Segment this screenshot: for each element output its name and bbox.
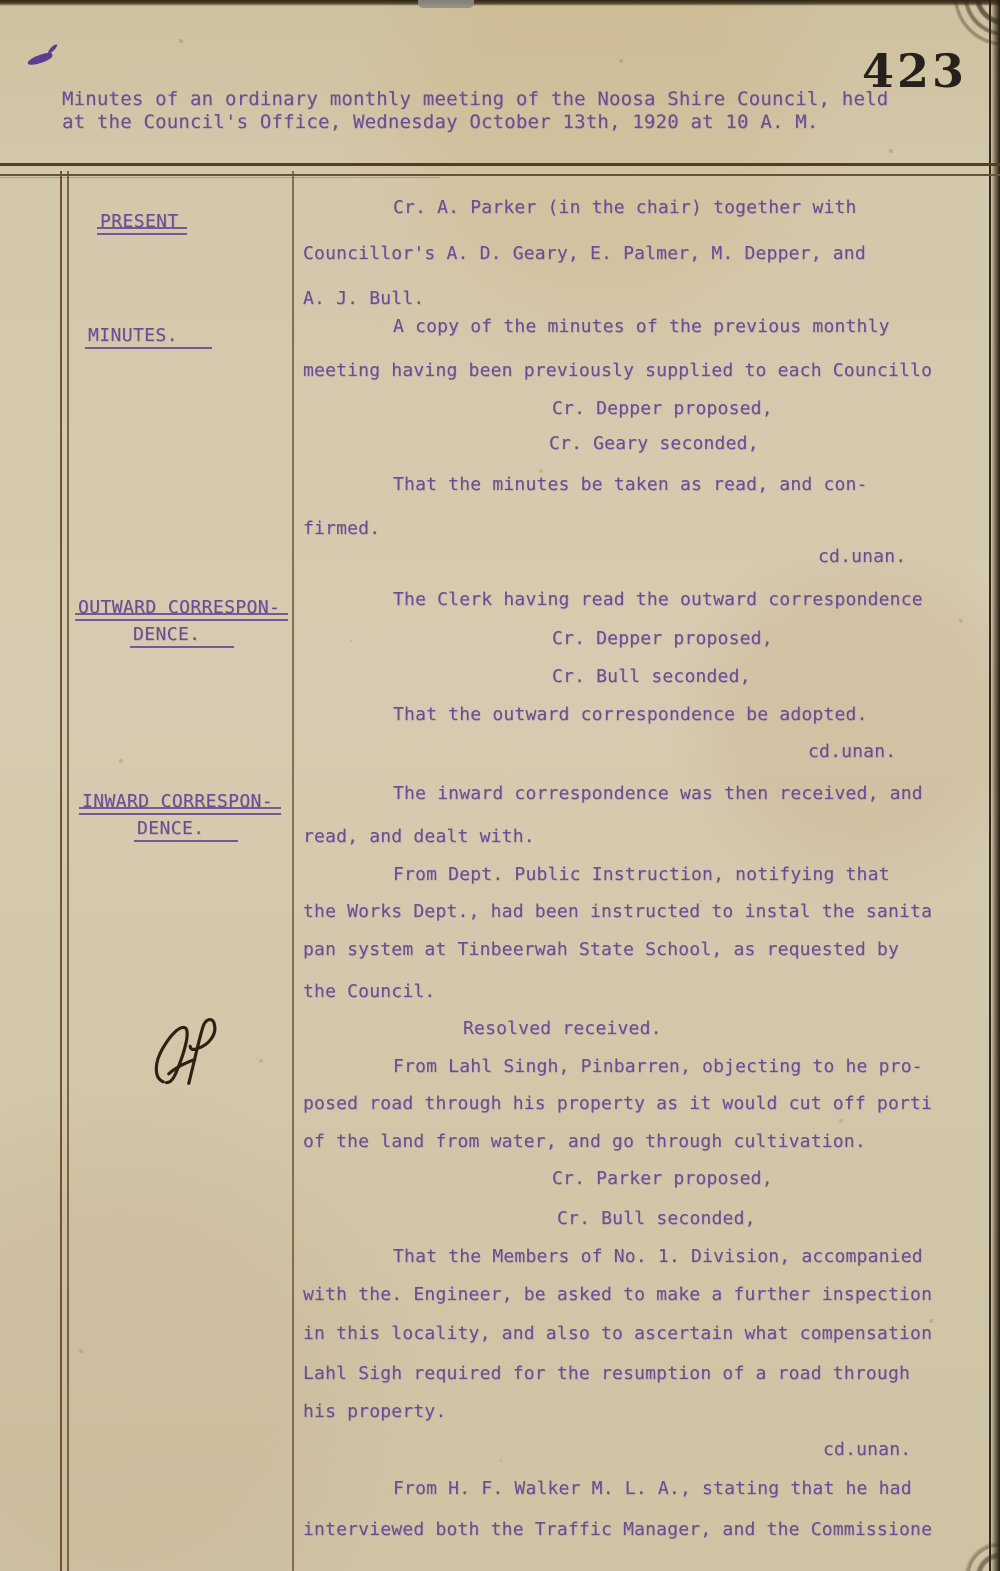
binding-mark xyxy=(418,0,474,8)
page-curl-top-right xyxy=(942,0,1000,50)
typed-line-resolution: cd.unan. xyxy=(818,546,906,567)
typed-line: From H. F. Walker M. L. A., stating that… xyxy=(393,1478,912,1499)
typed-line: Cr. A. Parker (in the chair) together wi… xyxy=(393,197,857,218)
left-margin-rule xyxy=(60,171,69,1571)
section-label-minutes: MINUTES. xyxy=(88,325,178,346)
typed-line: Lahl Sigh required for the resumption of… xyxy=(303,1363,910,1384)
typed-line: the Works Dept., had been instructed to … xyxy=(303,901,932,922)
typed-line: posed road through his property as it wo… xyxy=(303,1093,932,1114)
typed-line: his property. xyxy=(303,1401,446,1422)
typed-line-motion: Cr. Depper proposed, xyxy=(552,398,773,419)
typed-line: That the minutes be taken as read, and c… xyxy=(393,474,868,495)
header-divider-rule xyxy=(0,163,1000,176)
section-label-outward-correspondence: OUTWARD CORRESPON- xyxy=(78,597,280,618)
typed-line: Councillor's A. D. Geary, E. Palmer, M. … xyxy=(303,243,866,264)
typed-line: The inward correspondence was then recei… xyxy=(393,783,923,804)
typed-line: of the land from water, and go through c… xyxy=(303,1131,866,1152)
typed-line: with the. Engineer, be asked to make a f… xyxy=(303,1284,932,1305)
handwritten-initials xyxy=(142,1010,234,1102)
section-label-inward-correspondence: INWARD CORRESPON- xyxy=(82,791,273,812)
ink-smudge xyxy=(26,51,53,66)
typed-line: From Lahl Singh, Pinbarren, objecting to… xyxy=(393,1056,923,1077)
typed-line: the Council. xyxy=(303,981,435,1002)
typed-line: A. J. Bull. xyxy=(303,288,424,309)
typed-line-motion: Cr. Geary seconded, xyxy=(549,433,759,454)
typed-line-resolution: cd.unan. xyxy=(823,1439,911,1460)
typed-line: That the Members of No. 1. Division, acc… xyxy=(393,1246,923,1267)
typed-line: From Dept. Public Instruction, notifying… xyxy=(393,864,890,885)
paper-foxing-speckles xyxy=(0,0,2,2)
typed-line: A copy of the minutes of the previous mo… xyxy=(393,316,890,337)
typed-line: pan system at Tinbeerwah State School, a… xyxy=(303,939,899,960)
document-title-line-1: Minutes of an ordinary monthly meeting o… xyxy=(62,88,888,110)
typed-line: Resolved received. xyxy=(463,1018,662,1039)
section-label-present: PRESENT xyxy=(100,211,179,232)
typed-line: interviewed both the Traffic Manager, an… xyxy=(303,1519,932,1540)
initials-glyph xyxy=(142,1010,234,1102)
section-label-outward-correspondence-cont: DENCE. xyxy=(133,624,200,645)
typed-line: That the outward correspondence be adopt… xyxy=(393,704,868,725)
typed-line-motion: Cr. Parker proposed, xyxy=(552,1168,773,1189)
typed-line-motion: Cr. Depper proposed, xyxy=(552,628,773,649)
column-divider-rule xyxy=(292,171,294,1571)
typed-line: read, and dealt with. xyxy=(303,826,535,847)
typed-line-resolution: cd.unan. xyxy=(808,741,896,762)
page-right-edge xyxy=(989,0,1000,1571)
page-top-edge xyxy=(0,0,1000,6)
section-label-inward-correspondence-cont: DENCE. xyxy=(137,818,204,839)
typed-line: The Clerk having read the outward corres… xyxy=(393,589,923,610)
typed-line: firmed. xyxy=(303,518,380,539)
typed-line: in this locality, and also to ascertain … xyxy=(303,1323,932,1344)
document-title-line-2: at the Council's Office, Wednesday Octob… xyxy=(62,111,819,133)
page-curl-bottom-right xyxy=(950,1531,1000,1571)
typed-line-motion: Cr. Bull seconded, xyxy=(552,666,751,687)
typed-line-motion: Cr. Bull seconded, xyxy=(557,1208,756,1229)
typed-line: meeting having been previously supplied … xyxy=(303,360,932,381)
